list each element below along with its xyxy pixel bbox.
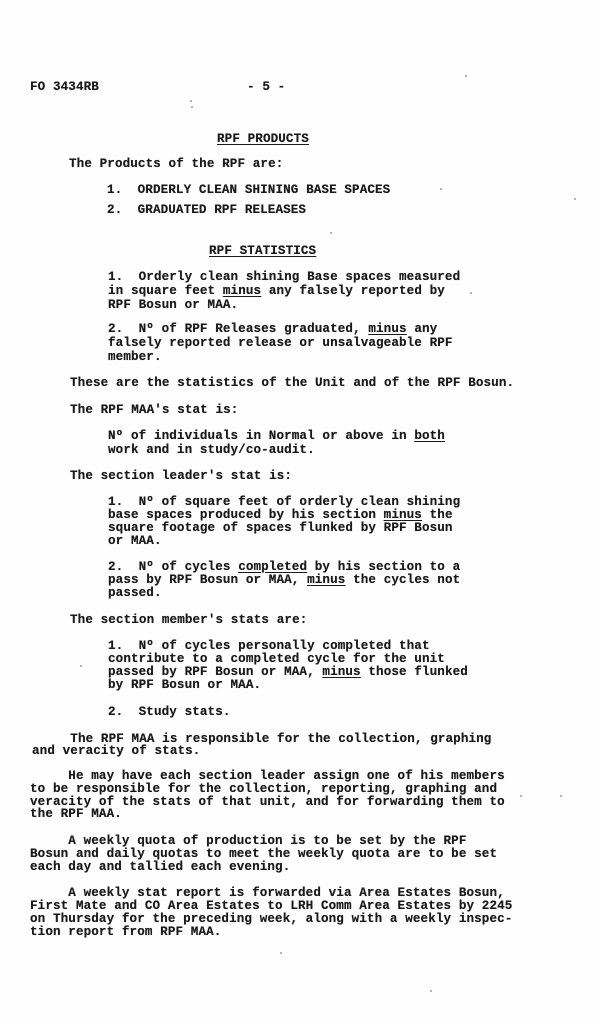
stat-1-line-1: 1. Orderly clean shining Base spaces mea… [108, 271, 460, 284]
text: pass by RPF Bosun or MAA, [108, 573, 307, 587]
text: the cycles not [345, 573, 460, 587]
scan-speck [191, 106, 193, 108]
statistics-heading: RPF STATISTICS [209, 245, 316, 258]
scan-speck [190, 100, 192, 102]
section-member-intro: The section member's stats are: [70, 614, 307, 627]
scan-speck [440, 188, 442, 190]
para-4-line-4: tion report from RPF MAA. [30, 926, 221, 939]
scan-speck [465, 75, 467, 77]
maa-stat-line-1: Nº of individuals in Normal or above in … [108, 430, 445, 443]
stat-1-line-3: RPF Bosun or MAA. [108, 299, 238, 312]
text: base spaces produced by his section [108, 508, 384, 522]
statistics-summary: These are the statistics of the Unit and… [70, 377, 514, 390]
emphasis-completed: completed [238, 560, 307, 574]
para-1-line-2: and veracity of stats. [32, 745, 200, 758]
stat-2-line-3: member. [108, 351, 162, 364]
text: those flunked [361, 665, 468, 679]
text: 2. Nº of RPF Releases graduated, [108, 322, 368, 336]
leader-1-line-4: or MAA. [108, 535, 162, 548]
leader-2-line-3: passed. [108, 587, 162, 600]
emphasis-minus: minus [307, 573, 345, 587]
emphasis-minus: minus [384, 508, 422, 522]
products-item-1: 1. ORDERLY CLEAN SHINING BASE SPACES [107, 184, 390, 197]
para-3-line-3: each day and tallied each evening. [30, 861, 290, 874]
text: by his section to a [307, 560, 460, 574]
emphasis-minus: minus [322, 665, 360, 679]
scan-speck [430, 990, 432, 992]
document-page: FO 3434RB - 5 - RPF PRODUCTS The Product… [0, 0, 600, 1024]
page-number: - 5 - [247, 81, 285, 94]
stat-2-line-2: falsely reported release or unsalvageabl… [108, 337, 453, 350]
stat-2-line-1: 2. Nº of RPF Releases graduated, minus a… [108, 323, 437, 336]
text: 2. Nº of cycles [108, 560, 238, 574]
section-leader-intro: The section leader's stat is: [70, 470, 292, 483]
text: any [407, 322, 438, 336]
scan-speck [560, 795, 562, 797]
products-item-2: 2. GRADUATED RPF RELEASES [107, 204, 306, 217]
text: Nº of individuals in Normal or above in [108, 429, 414, 443]
member-1-line-4: by RPF Bosun or MAA. [108, 679, 261, 692]
text: passed by RPF Bosun or MAA, [108, 665, 322, 679]
text: the [422, 508, 453, 522]
scan-speck [80, 665, 82, 667]
emphasis-both: both [414, 429, 445, 443]
scan-speck [330, 232, 332, 234]
emphasis-minus: minus [223, 284, 261, 298]
scan-speck [574, 198, 576, 200]
scan-speck [280, 952, 282, 954]
products-intro: The Products of the RPF are: [69, 158, 283, 171]
maa-stat-intro: The RPF MAA's stat is: [70, 404, 238, 417]
text: any falsely reported by [261, 284, 445, 298]
para-2-line-4: the RPF MAA. [30, 808, 122, 821]
emphasis-minus: minus [368, 322, 406, 336]
maa-stat-line-2: work and in study/co-audit. [108, 444, 315, 457]
products-heading: RPF PRODUCTS [217, 133, 309, 146]
stat-1-line-2: in square feet minus any falsely reporte… [108, 285, 445, 298]
document-id: FO 3434RB [30, 81, 99, 94]
scan-speck [470, 292, 472, 294]
member-2: 2. Study stats. [108, 706, 231, 719]
text: in square feet [108, 284, 223, 298]
scan-speck [520, 795, 522, 797]
